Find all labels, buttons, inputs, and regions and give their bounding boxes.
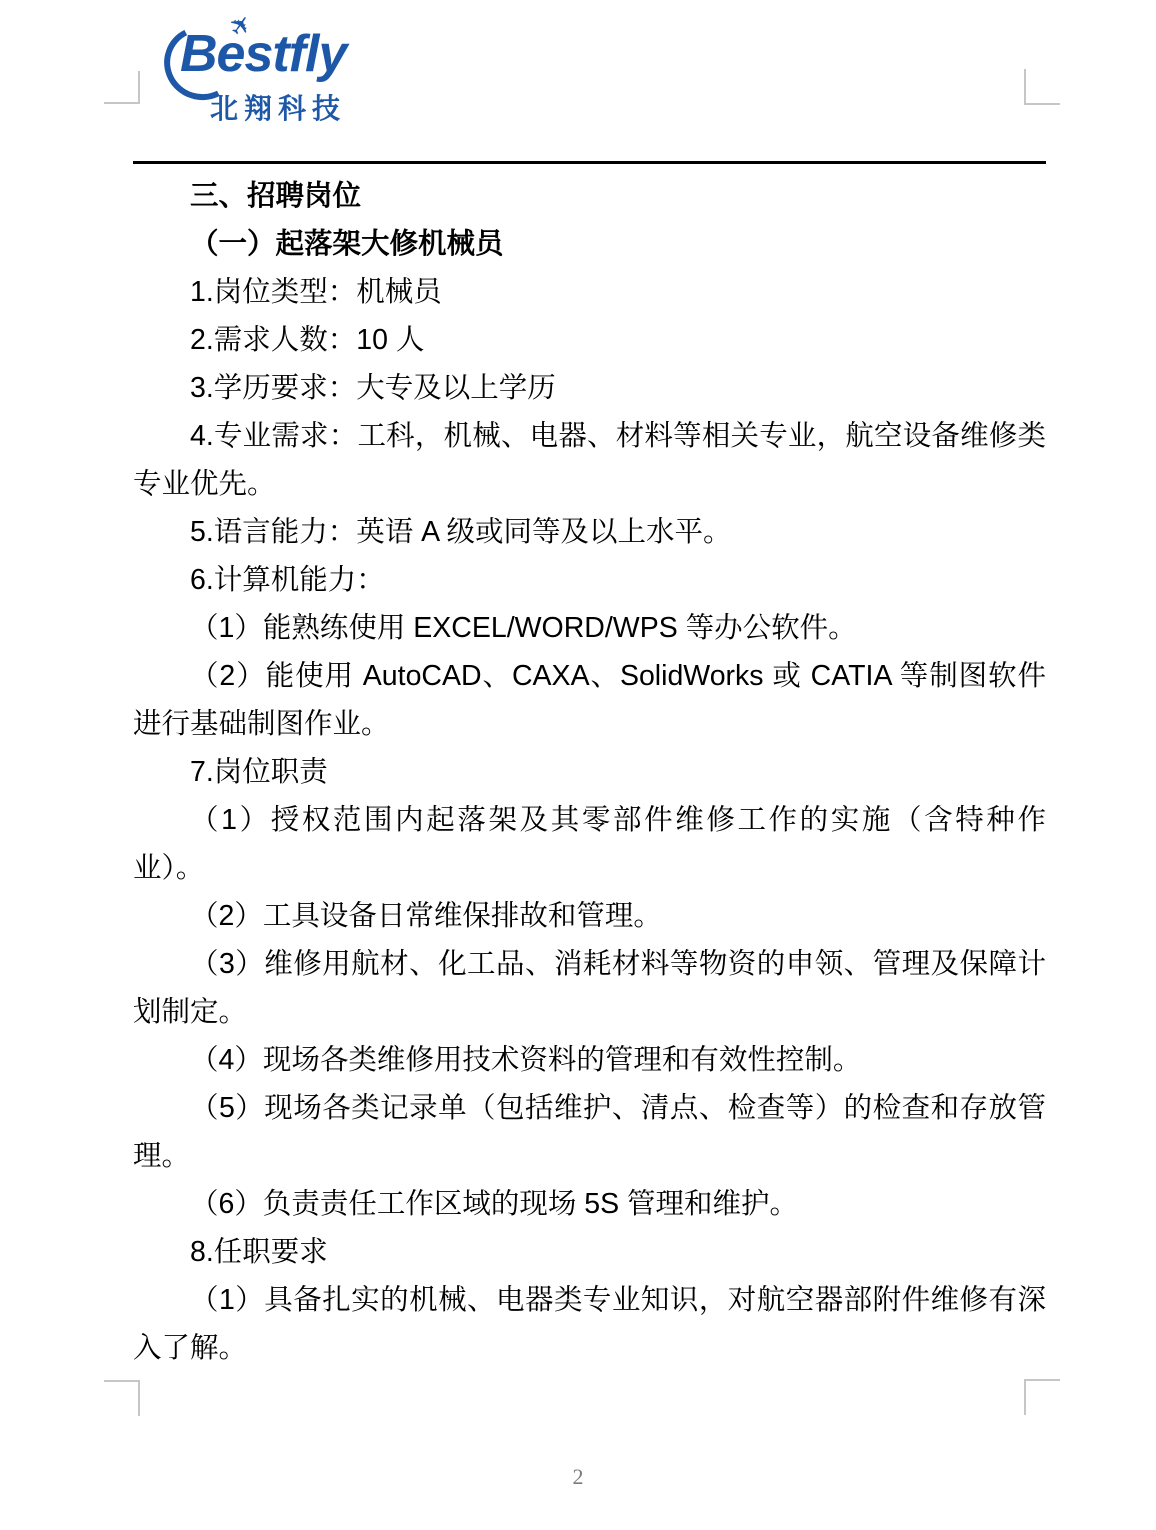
paragraph: （1）授权范围内起落架及其零部件维修工作的实施（含特种作业）。	[133, 796, 1046, 892]
paragraph: 3.学历要求：大专及以上学历	[133, 364, 1046, 412]
paragraph: （1）具备扎实的机械、电器类专业知识，对航空器部附件维修有深入了解。	[133, 1276, 1046, 1372]
paragraph: （3）维修用航材、化工品、消耗材料等物资的申领、管理及保障计划制定。	[133, 940, 1046, 1036]
paragraph: （4）现场各类维修用技术资料的管理和有效性控制。	[133, 1036, 1046, 1084]
margin-mark-bottom-left	[104, 1380, 140, 1416]
section-heading: 三、招聘岗位	[133, 172, 1046, 220]
header-rule	[133, 161, 1046, 164]
page: ✈ Bestfly 北翔科技 三、招聘岗位（一）起落架大修机械员1.岗位类型：机…	[0, 0, 1156, 1530]
company-logo: ✈ Bestfly 北翔科技	[180, 26, 346, 127]
page-number: 2	[0, 1464, 1156, 1490]
logo-subtitle: 北翔科技	[210, 87, 346, 127]
paragraph: 6.计算机能力：	[133, 556, 1046, 604]
logo-inner: ✈ Bestfly 北翔科技	[180, 26, 346, 127]
paragraph: 1.岗位类型：机械员	[133, 268, 1046, 316]
paragraph: 4.专业需求：工科，机械、电器、材料等相关专业，航空设备维修类专业优先。	[133, 412, 1046, 508]
paragraph: 8.任职要求	[133, 1228, 1046, 1276]
paragraph: （6）负责责任工作区域的现场 5S 管理和维护。	[133, 1180, 1046, 1228]
margin-mark-bottom-right	[1024, 1379, 1060, 1415]
document-body: 三、招聘岗位（一）起落架大修机械员1.岗位类型：机械员2.需求人数：10 人3.…	[133, 172, 1046, 1372]
paragraph: 5.语言能力：英语 A 级或同等及以上水平。	[133, 508, 1046, 556]
margin-mark-top-right	[1024, 69, 1060, 105]
paragraph: （2）工具设备日常维保排故和管理。	[133, 892, 1046, 940]
paragraph: （1）能熟练使用 EXCEL/WORD/WPS 等办公软件。	[133, 604, 1046, 652]
paragraph: 2.需求人数：10 人	[133, 316, 1046, 364]
subsection-heading: （一）起落架大修机械员	[133, 220, 1046, 268]
paragraph: 7.岗位职责	[133, 748, 1046, 796]
margin-mark-top-left	[104, 71, 140, 104]
paragraph: （2）能使用 AutoCAD、CAXA、SolidWorks 或 CATIA 等…	[133, 652, 1046, 748]
paragraph: （5）现场各类记录单（包括维护、清点、检查等）的检查和存放管理。	[133, 1084, 1046, 1180]
